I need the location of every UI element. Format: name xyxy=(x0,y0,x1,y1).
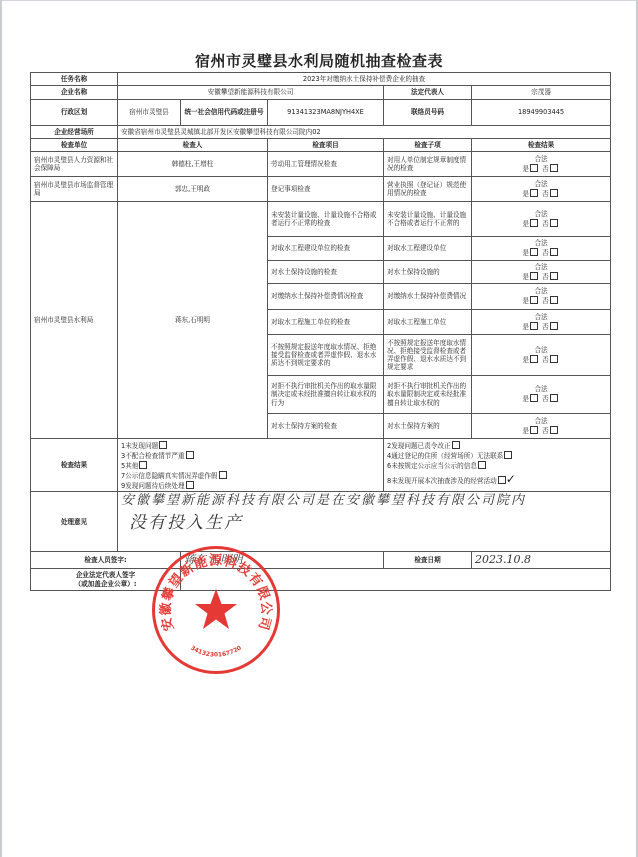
option-checkbox[interactable] xyxy=(186,481,194,489)
star-icon xyxy=(195,589,237,629)
result-option: 5其他 xyxy=(121,461,380,471)
result-option: 8未发现开展本次抽查涉及的经营活动✓ xyxy=(387,471,607,487)
yes-checkbox[interactable] xyxy=(530,248,538,256)
enterprise-sign-label: 企业法定代表人签字 （或加盖企业公章）: xyxy=(31,569,181,591)
yes-checkbox[interactable] xyxy=(530,322,538,330)
company-value: 安徽攀望新能源科技有限公司 xyxy=(118,86,384,100)
result-no-label: 否 xyxy=(542,395,549,403)
yes-checkbox[interactable] xyxy=(530,394,538,402)
result-yes-label: 是 xyxy=(522,297,529,305)
result-legal-label: 合法 xyxy=(534,210,547,218)
opinion-label: 处理意见 xyxy=(31,492,118,552)
check-item: 对拒不执行审批机关作出的取水量限制决定或未经批准擅自转让取水权的行为 xyxy=(268,376,384,414)
result-legal-label: 合法 xyxy=(534,417,547,425)
no-checkbox[interactable] xyxy=(550,355,558,363)
credit-code-value: 91341323MA8NJYH4XE xyxy=(268,100,384,126)
result-yes-label: 是 xyxy=(522,323,529,331)
task-value: 2023年对缴纳水土保持补偿费企业的抽查 xyxy=(118,73,611,86)
svg-text:3413230167720: 3413230167720 xyxy=(189,645,243,659)
no-checkbox[interactable] xyxy=(550,219,558,227)
check-subitem: 对拒不执行审批机关作出的取水量限制决定或未经批准擅自转让取水权的 xyxy=(384,376,472,414)
inspection-result-row: 检查结果 1未发现问题 3不配合检查情节严重 5其他 7公示信息隐瞒真实情况弄虚… xyxy=(31,439,611,492)
unit-market: 宿州市灵璧县市场监督管理局 xyxy=(31,177,118,202)
result-option: 7公示信息隐瞒真实情况弄虚作假 xyxy=(121,471,380,481)
check-result: 合法 是 否 xyxy=(472,376,611,414)
col-header-result: 检查结果 xyxy=(472,139,611,152)
check-subitem: 对水土保持方案的 xyxy=(384,414,472,439)
no-checkbox[interactable] xyxy=(550,272,558,280)
result-option: 3不配合检查情节严重 xyxy=(121,451,380,461)
check-subitem: 营业执照（登记证）规范使用情况的检查 xyxy=(384,177,472,202)
option-checkbox[interactable] xyxy=(219,471,227,479)
result-option: 4通过登记的住所（经营场所）无法联系 xyxy=(387,451,607,461)
date-value: 2023.10.8 xyxy=(472,552,611,569)
table-row: 宿州市灵璧县市场监督管理局 郭忠,王明政 登记事项检查 营业执照（登记证）规范使… xyxy=(31,177,611,202)
check-item: 劳动用工管理情况检查 xyxy=(268,152,384,177)
check-subitem: 对取水工程建设单位 xyxy=(384,237,472,261)
result-yes-label: 是 xyxy=(522,427,529,435)
no-checkbox[interactable] xyxy=(550,426,558,434)
yes-checkbox[interactable] xyxy=(530,355,538,363)
credit-code-label: 统一社会信用代码或注册号 xyxy=(181,100,268,126)
result-legal-label: 合法 xyxy=(534,239,547,247)
opinion-line-2: 没有投入生产 xyxy=(121,511,607,536)
result-legal-label: 合法 xyxy=(534,346,547,354)
option-checkbox[interactable] xyxy=(452,441,460,449)
check-table-header: 检查单位 检查人 检查项目 检查子项 检查结果 xyxy=(31,139,611,152)
signature-row: 检查人员签字: 蒋东 石明明 检查日期 2023.10.8 xyxy=(31,552,611,569)
check-item: 对水土保持方案的检查 xyxy=(268,414,384,439)
inspector-signature: 蒋东 石明明 xyxy=(181,552,384,569)
inspection-result-label: 检查结果 xyxy=(31,439,118,492)
table-row: 宿州市灵璧县水利局 蒋东,石明明 未安装计量设施、计量设施不合格或者运行不正常的… xyxy=(31,202,611,237)
result-legal-label: 合法 xyxy=(534,263,547,271)
contact-value: 18949903445 xyxy=(472,100,611,126)
result-options-right: 2发现问题已责令改正 4通过登记的住所（经营场所）无法联系 6未按规定公示应当公… xyxy=(384,439,611,492)
result-yes-label: 是 xyxy=(522,220,529,228)
yes-checkbox[interactable] xyxy=(530,219,538,227)
task-label: 任务名称 xyxy=(31,73,118,86)
district-label: 行政区划 xyxy=(31,100,118,126)
enterprise-sign-row: 企业法定代表人签字 （或加盖企业公章）: xyxy=(31,569,611,591)
result-legal-label: 合法 xyxy=(534,287,547,295)
result-yes-label: 是 xyxy=(522,273,529,281)
check-item: 不按照规定报送年度取水情况、拒绝接受监督检查或者弄虚作假、退水水质达不到规定要求… xyxy=(268,335,384,376)
result-yes-label: 是 xyxy=(522,190,529,198)
check-item: 对取水工程建设单位的检查 xyxy=(268,237,384,261)
check-subitem: 对取水工程施工单位 xyxy=(384,310,472,335)
result-yes-label: 是 xyxy=(522,395,529,403)
check-result: 合法 是 否 xyxy=(472,310,611,335)
table-row: 宿州市灵璧县人力资源和社会保障局 韩德柱,王增柱 劳动用工管理情况检查 对用人单… xyxy=(31,152,611,177)
address-label: 企业经营场所 xyxy=(31,126,118,139)
result-option: 2发现问题已责令改正 xyxy=(387,441,607,451)
col-header-subitem: 检查子项 xyxy=(384,139,472,152)
result-no-label: 否 xyxy=(542,273,549,281)
no-checkbox[interactable] xyxy=(550,164,558,172)
result-legal-label: 合法 xyxy=(534,385,547,393)
no-checkbox[interactable] xyxy=(550,394,558,402)
yes-checkbox[interactable] xyxy=(530,164,538,172)
opinion-row: 处理意见 安徽攀望新能源科技有限公司是在安徽攀望科技有限公司院内 没有投入生产 xyxy=(31,492,611,552)
result-yes-label: 是 xyxy=(522,165,529,173)
result-option: 1未发现问题 xyxy=(121,441,380,451)
result-options-left: 1未发现问题 3不配合检查情节严重 5其他 7公示信息隐瞒真实情况弄虚作假 9发… xyxy=(118,439,384,492)
unit-hr: 宿州市灵璧县人力资源和社会保障局 xyxy=(31,152,118,177)
legal-rep-value: 宗茂器 xyxy=(472,86,611,100)
check-result: 合法 是 否 xyxy=(472,284,611,310)
check-result: 合法 是 否 xyxy=(472,237,611,261)
contact-label: 联络员号码 xyxy=(384,100,472,126)
address-value: 安徽省宿州市灵璧县灵城镇北部开发区安徽攀望科技有限公司院内02 xyxy=(118,126,611,139)
check-item: 登记事项检查 xyxy=(268,177,384,202)
result-no-label: 否 xyxy=(542,190,549,198)
result-yes-label: 是 xyxy=(522,356,529,364)
check-result: 合法 是 否 xyxy=(472,202,611,237)
result-no-label: 否 xyxy=(542,297,549,305)
check-subitem: 对用人单位制定规章制度情况的检查 xyxy=(384,152,472,177)
no-checkbox[interactable] xyxy=(550,296,558,304)
stamp-number: 3413230167720 xyxy=(189,645,243,659)
opinion-handwriting: 安徽攀望新能源科技有限公司是在安徽攀望科技有限公司院内 没有投入生产 xyxy=(118,492,611,552)
col-header-unit: 检查单位 xyxy=(31,139,118,152)
inspection-form: 任务名称 2023年对缴纳水土保持补偿费企业的抽查 企业名称 安徽攀望新能源科技… xyxy=(30,72,611,591)
yes-checkbox[interactable] xyxy=(530,189,538,197)
inspectors-hr: 韩德柱,王增柱 xyxy=(118,152,268,177)
no-checkbox[interactable] xyxy=(550,248,558,256)
result-legal-label: 合法 xyxy=(534,155,547,163)
result-yes-label: 是 xyxy=(522,249,529,257)
result-option: 6未按规定公示应当公示的信息 xyxy=(387,461,607,471)
opinion-line-1: 安徽攀望新能源科技有限公司是在安徽攀望科技有限公司院内 xyxy=(121,492,607,511)
yes-checkbox[interactable] xyxy=(530,296,538,304)
check-subitem: 不按照规定报送年度取水情况、拒绝接受监督检查或者弄虚作假、退水水质达不到规定要求 xyxy=(384,335,472,376)
inspector-sign-label: 检查人员签字: xyxy=(31,552,181,569)
check-item: 对缴纳水土保持补偿费情况检查 xyxy=(268,284,384,310)
check-item: 未安装计量设施、计量设施不合格或者运行不正常的检查 xyxy=(268,202,384,237)
check-result: 合法 是 否 xyxy=(472,335,611,376)
page-top-edge xyxy=(0,0,638,1)
result-option: 9发现问题待后续处理 xyxy=(121,481,380,491)
yes-checkbox[interactable] xyxy=(530,272,538,280)
no-checkbox[interactable] xyxy=(550,322,558,330)
legal-rep-label: 法定代表人 xyxy=(384,86,472,100)
option-checkbox[interactable] xyxy=(504,451,512,459)
option-checkbox[interactable] xyxy=(186,451,194,459)
result-no-label: 否 xyxy=(542,220,549,228)
checkmark-icon: ✓ xyxy=(506,472,516,486)
date-label: 检查日期 xyxy=(384,552,472,569)
inspectors-market: 郭忠,王明政 xyxy=(118,177,268,202)
option-checkbox[interactable] xyxy=(159,441,167,449)
col-header-item: 检查项目 xyxy=(268,139,384,152)
page-left-edge xyxy=(0,0,2,857)
company-label: 企业名称 xyxy=(31,86,118,100)
check-item: 对取水工程施工单位的检查 xyxy=(268,310,384,335)
check-item: 对水土保持设施的检查 xyxy=(268,261,384,284)
unit-water: 宿州市灵璧县水利局 xyxy=(31,202,118,439)
check-result: 合法 是 否 xyxy=(472,177,611,202)
check-subitem: 对缴纳水土保持补偿费情况 xyxy=(384,284,472,310)
result-no-label: 否 xyxy=(542,427,549,435)
no-checkbox[interactable] xyxy=(550,189,558,197)
result-no-label: 否 xyxy=(542,356,549,364)
result-legal-label: 合法 xyxy=(534,313,547,321)
check-result: 合法 是 否 xyxy=(472,261,611,284)
check-subitem: 未安装计量设施、计量设施不合格或者运行不正常的 xyxy=(384,202,472,237)
check-subitem: 对水土保持设施的 xyxy=(384,261,472,284)
enterprise-sign-value xyxy=(181,569,611,591)
result-no-label: 否 xyxy=(542,323,549,331)
option-checkbox[interactable] xyxy=(478,461,486,469)
yes-checkbox[interactable] xyxy=(530,426,538,434)
option-checkbox-checked[interactable] xyxy=(498,476,506,484)
document-title: 宿州市灵璧县水利局随机抽查检查表 xyxy=(0,50,638,71)
result-legal-label: 合法 xyxy=(534,180,547,188)
inspectors-water: 蒋东,石明明 xyxy=(118,202,268,439)
result-no-label: 否 xyxy=(542,249,549,257)
check-result: 合法 是 否 xyxy=(472,414,611,439)
check-result: 合法 是 否 xyxy=(472,152,611,177)
result-no-label: 否 xyxy=(542,165,549,173)
district-value: 宿州市灵璧县 xyxy=(118,100,181,126)
option-checkbox[interactable] xyxy=(139,461,147,469)
col-header-inspector: 检查人 xyxy=(118,139,268,152)
